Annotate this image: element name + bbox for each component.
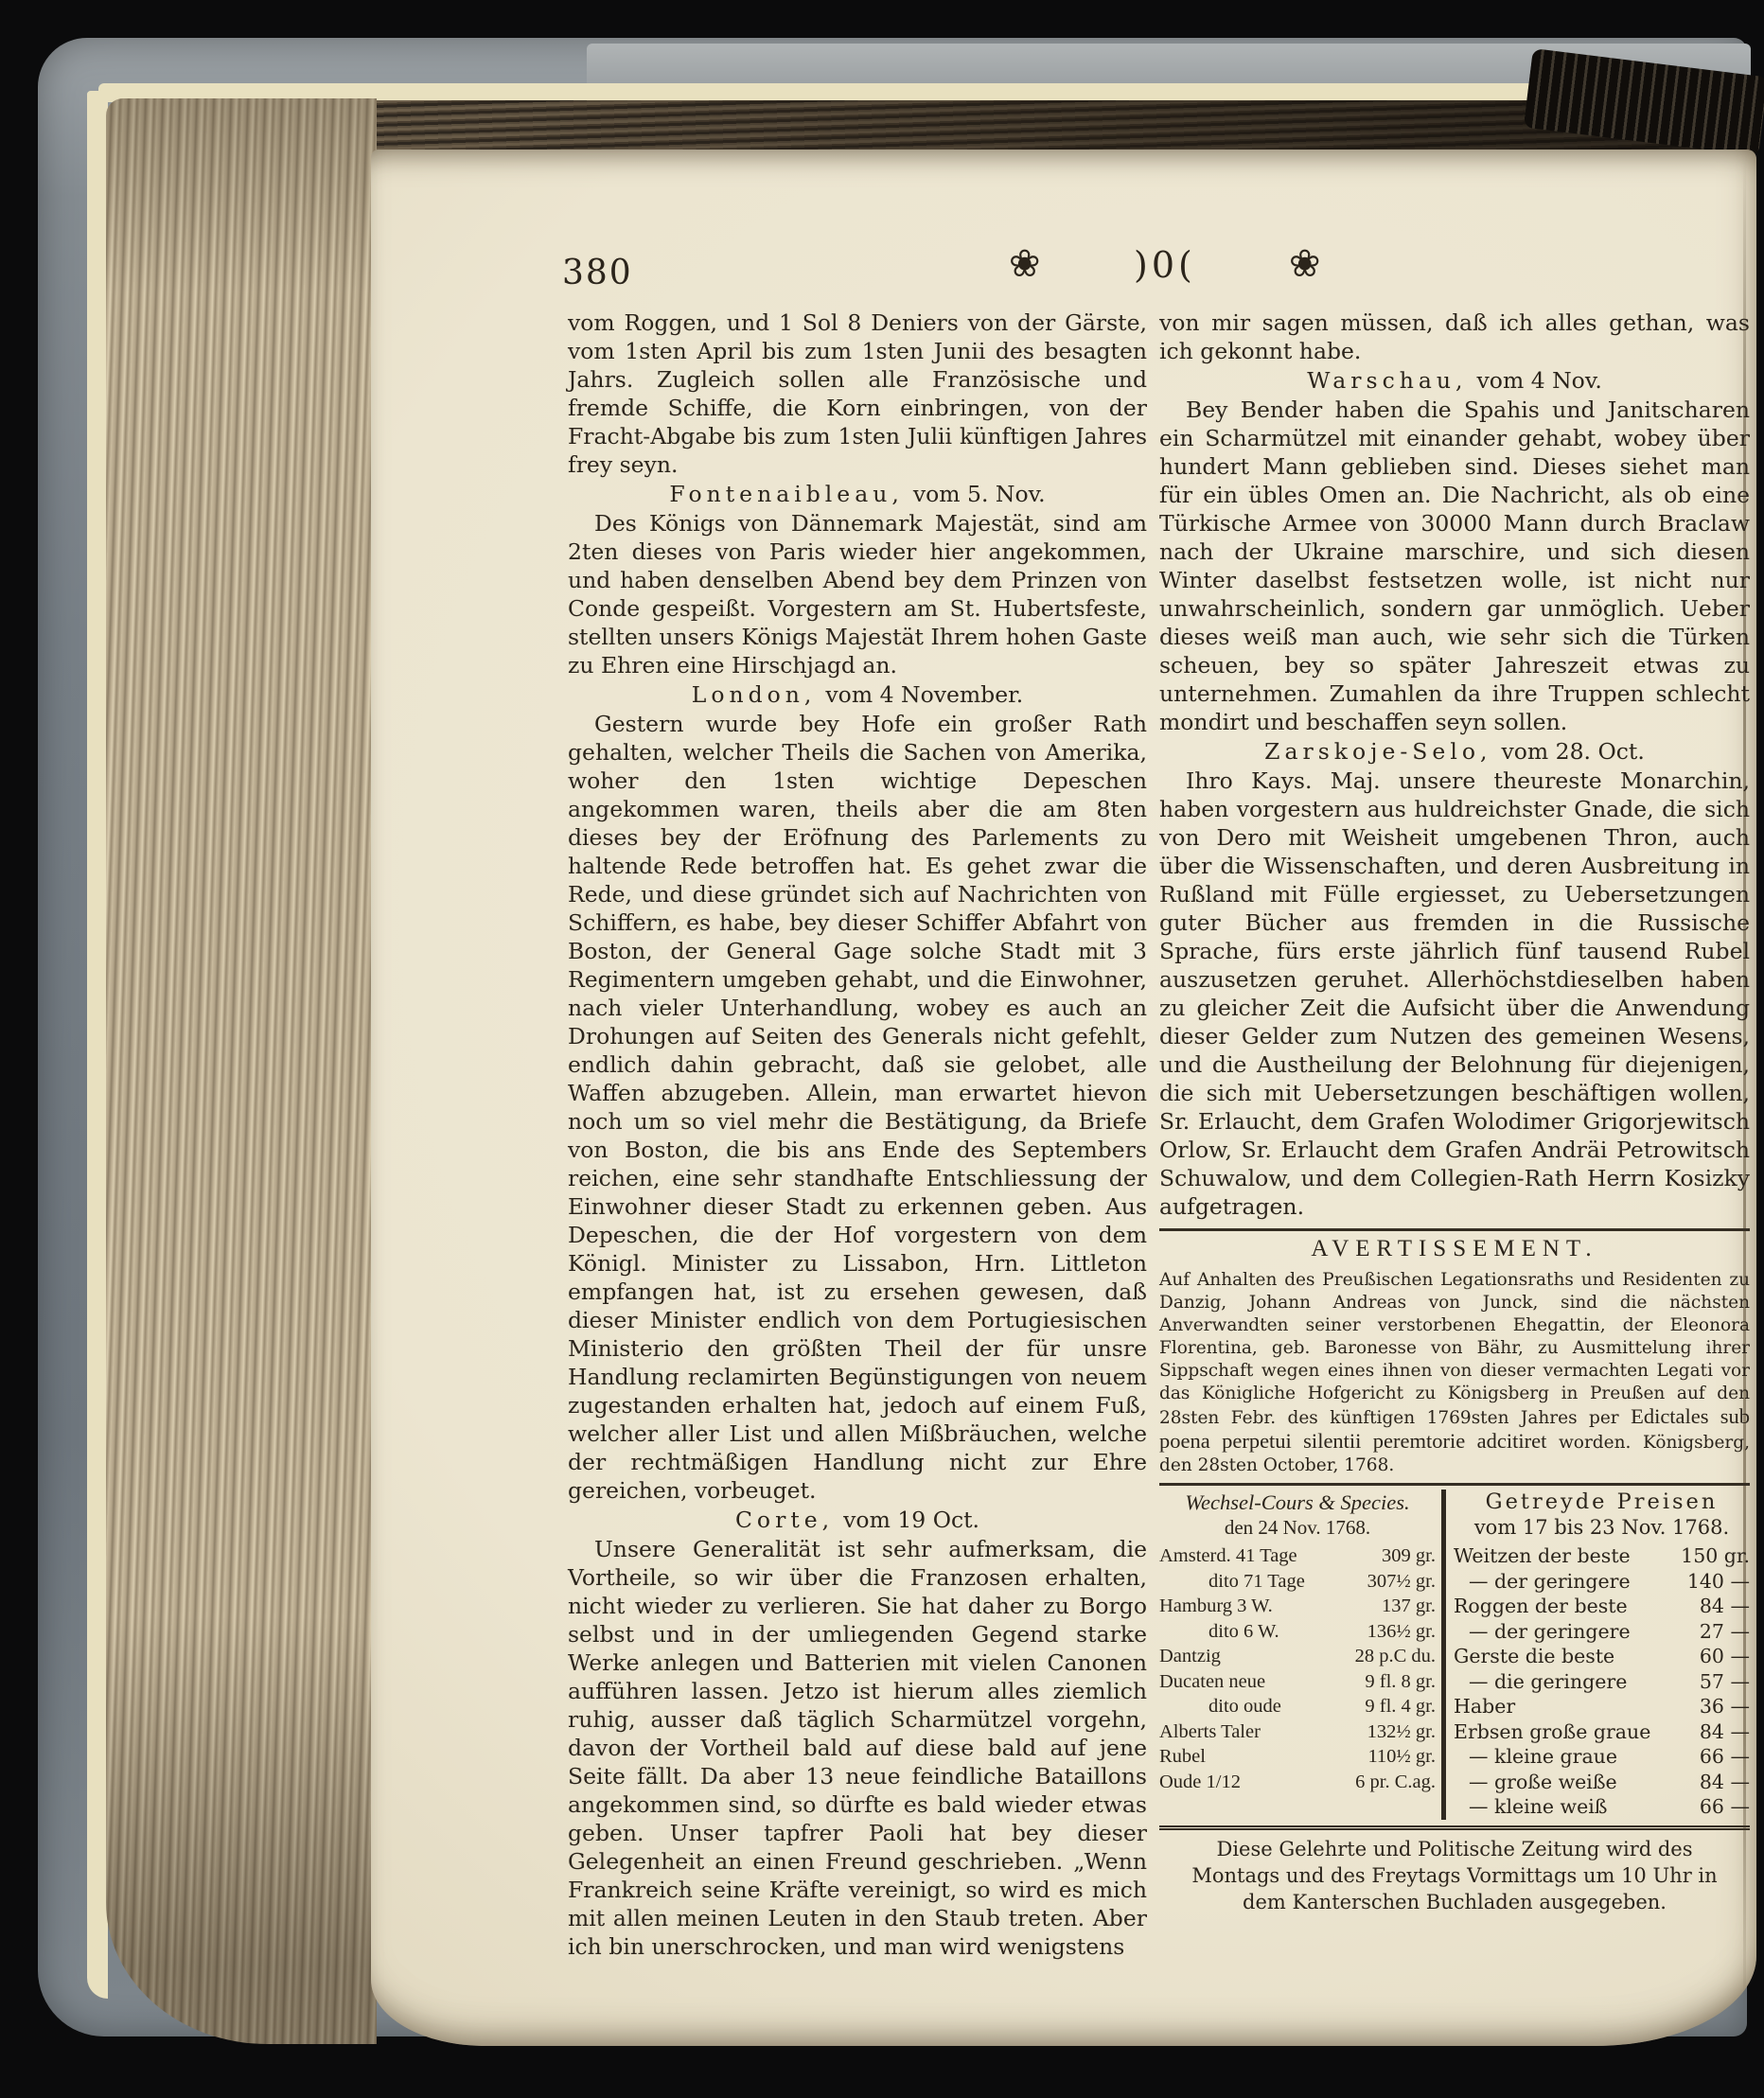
table-row: — die geringere57 — <box>1454 1669 1750 1695</box>
row-label: — der geringere <box>1454 1569 1631 1595</box>
row-value: 137 gr. <box>1382 1594 1436 1619</box>
row-label: Hamburg 3 W. <box>1159 1594 1273 1619</box>
paragraph-warschau: Bey Bender haben die Spahis und Janitsch… <box>1159 396 1750 736</box>
row-label: Dantzig <box>1159 1644 1221 1669</box>
table-row: Alberts Taler132½ gr. <box>1159 1719 1436 1745</box>
dateline-place: Warschau, <box>1307 367 1467 394</box>
row-value: 136½ gr. <box>1367 1619 1436 1645</box>
row-value: 132½ gr. <box>1367 1719 1436 1745</box>
row-value: 66 — <box>1700 1744 1750 1770</box>
row-value: 9 fl. 4 gr. <box>1365 1694 1436 1719</box>
table-row: Erbsen große graue84 — <box>1454 1719 1750 1745</box>
avertissement-title: AVERTISSEMENT. <box>1159 1235 1750 1263</box>
row-value: 140 — <box>1687 1569 1750 1595</box>
shell-ornament-icon: ❀ <box>1009 242 1041 286</box>
row-value: 28 p.C du. <box>1355 1644 1436 1669</box>
table-row: Haber36 — <box>1454 1694 1750 1719</box>
table-row: dito oude9 fl. 4 gr. <box>1159 1694 1436 1719</box>
row-value: 309 gr. <box>1382 1543 1436 1569</box>
dateline-london: London,vom 4 November. <box>568 680 1147 709</box>
row-label: — der geringere <box>1454 1619 1631 1645</box>
dateline-place: Fontenaibleau, <box>669 481 903 507</box>
table-row: Weitzen der beste150 gr. <box>1454 1543 1750 1569</box>
row-label: dito 71 Tage <box>1159 1569 1305 1595</box>
dateline-date: vom 28. Oct. <box>1501 738 1644 765</box>
dateline-corte: Corte,vom 19 Oct. <box>568 1506 1147 1534</box>
table-row: — der geringere27 — <box>1454 1619 1750 1645</box>
row-label: — die geringere <box>1454 1669 1627 1695</box>
row-value: 84 — <box>1700 1594 1750 1619</box>
row-label: Roggen der beste <box>1454 1594 1628 1619</box>
dateline-date: vom 19 Oct. <box>843 1507 979 1533</box>
avertissement-body: Auf Anhalten des Preußischen Legationsra… <box>1159 1269 1750 1477</box>
table-row: Roggen der beste84 — <box>1454 1594 1750 1619</box>
table-row: Amsterd. 41 Tage309 gr. <box>1159 1543 1436 1569</box>
row-value: 36 — <box>1700 1694 1750 1719</box>
row-label: Rubel <box>1159 1744 1206 1770</box>
paragraph-continuation-paoli-letter: von mir sagen müssen, daß ich alles geth… <box>1159 309 1750 365</box>
table-row: — große weiße84 — <box>1454 1770 1750 1795</box>
row-value: 84 — <box>1700 1719 1750 1745</box>
section-rule <box>1159 1228 1750 1231</box>
row-value: 307½ gr. <box>1367 1569 1436 1595</box>
dateline-fontenaibleau: Fontenaibleau,vom 5. Nov. <box>568 480 1147 508</box>
row-label: dito 6 W. <box>1159 1619 1279 1645</box>
row-value: 60 — <box>1700 1644 1750 1669</box>
paragraph-london: Gestern wurde bey Hofe ein großer Rath g… <box>568 710 1147 1505</box>
row-value: 27 — <box>1700 1619 1750 1645</box>
dateline-date: vom 4 Nov. <box>1477 367 1602 394</box>
header-center-mark: )0( <box>1134 244 1196 286</box>
endpaper-edge-vertical <box>87 91 108 1999</box>
dateline-place: Zarskoje-Selo, <box>1264 738 1491 765</box>
row-label: Gerste die beste <box>1454 1644 1614 1669</box>
shell-ornament-icon: ❀ <box>1289 242 1321 286</box>
row-label: — kleine weiß <box>1454 1794 1607 1820</box>
row-value: 150 gr. <box>1681 1543 1750 1569</box>
row-label: Ducaten neue <box>1159 1669 1265 1695</box>
row-label: Oude 1/12 <box>1159 1770 1241 1795</box>
exchange-rates-table: Wechsel-Cours & Species. den 24 Nov. 176… <box>1159 1490 1441 1820</box>
page-fore-edge-stack <box>106 98 377 2044</box>
paragraph-fontenaibleau: Des Königs von Dännemark Majestät, sind … <box>568 509 1147 679</box>
row-value: 110½ gr. <box>1367 1744 1436 1770</box>
page-number: 380 <box>562 254 633 292</box>
grain-prices-table: Getreyde Preisen vom 17 bis 23 Nov. 1768… <box>1441 1490 1750 1820</box>
row-label: Erbsen große graue <box>1454 1719 1650 1745</box>
dateline-warschau: Warschau,vom 4 Nov. <box>1159 366 1750 395</box>
table-row: dito 71 Tage307½ gr. <box>1159 1569 1436 1595</box>
exchange-table-title: Wechsel-Cours & Species. <box>1159 1490 1436 1515</box>
row-label: Weitzen der beste <box>1454 1543 1631 1569</box>
row-value: 6 pr. C.ag. <box>1355 1770 1436 1795</box>
table-row: Gerste die beste60 — <box>1454 1644 1750 1669</box>
row-value: 9 fl. 8 gr. <box>1365 1669 1436 1695</box>
table-row: Oude 1/126 pr. C.ag. <box>1159 1770 1436 1795</box>
row-value: 57 — <box>1700 1669 1750 1695</box>
row-value: 66 — <box>1700 1794 1750 1820</box>
row-label: — kleine graue <box>1454 1744 1617 1770</box>
table-row: Rubel110½ gr. <box>1159 1744 1436 1770</box>
row-value: 84 — <box>1700 1770 1750 1795</box>
book-scan-photo: { "page": { "number": "380", "ornament_l… <box>0 0 1764 2098</box>
table-row: — kleine weiß66 — <box>1454 1794 1750 1820</box>
table-row: dito 6 W.136½ gr. <box>1159 1619 1436 1645</box>
row-label: Amsterd. 41 Tage <box>1159 1543 1297 1569</box>
dateline-date: vom 4 November. <box>825 681 1023 708</box>
dateline-place: Corte, <box>735 1507 834 1533</box>
table-row: — kleine graue66 — <box>1454 1744 1750 1770</box>
row-label: — große weiße <box>1454 1770 1617 1795</box>
grain-table-title: Getreyde Preisen <box>1454 1490 1750 1515</box>
row-label: Alberts Taler <box>1159 1719 1261 1745</box>
paragraph-zarskoje-selo: Ihro Kays. Maj. unsere theureste Monarch… <box>1159 767 1750 1221</box>
table-row: — der geringere140 — <box>1454 1569 1750 1595</box>
market-tables: Wechsel-Cours & Species. den 24 Nov. 176… <box>1159 1483 1750 1830</box>
table-row: Ducaten neue9 fl. 8 gr. <box>1159 1669 1436 1695</box>
publication-note: Diese Gelehrte und Politische Zeitung wi… <box>1173 1836 1737 1915</box>
dateline-place: London, <box>692 681 817 708</box>
table-row: Dantzig28 p.C du. <box>1159 1644 1436 1669</box>
right-column: von mir sagen müssen, daß ich alles geth… <box>1159 309 1750 1915</box>
paragraph-corte: Unsere Generalität ist sehr aufmerksam, … <box>568 1535 1147 1961</box>
row-label: dito oude <box>1159 1694 1281 1719</box>
dateline-date: vom 5. Nov. <box>913 481 1046 507</box>
paragraph-continuation-grain-duties: vom Roggen, und 1 Sol 8 Deniers von der … <box>568 309 1147 479</box>
grain-table-date: vom 17 bis 23 Nov. 1768. <box>1454 1515 1750 1540</box>
dateline-zarskoje-selo: Zarskoje-Selo,vom 28. Oct. <box>1159 737 1750 766</box>
left-column: vom Roggen, und 1 Sol 8 Deniers von der … <box>568 309 1147 1961</box>
table-row: Hamburg 3 W.137 gr. <box>1159 1594 1436 1619</box>
exchange-table-date: den 24 Nov. 1768. <box>1159 1515 1436 1540</box>
row-label: Haber <box>1454 1694 1515 1719</box>
